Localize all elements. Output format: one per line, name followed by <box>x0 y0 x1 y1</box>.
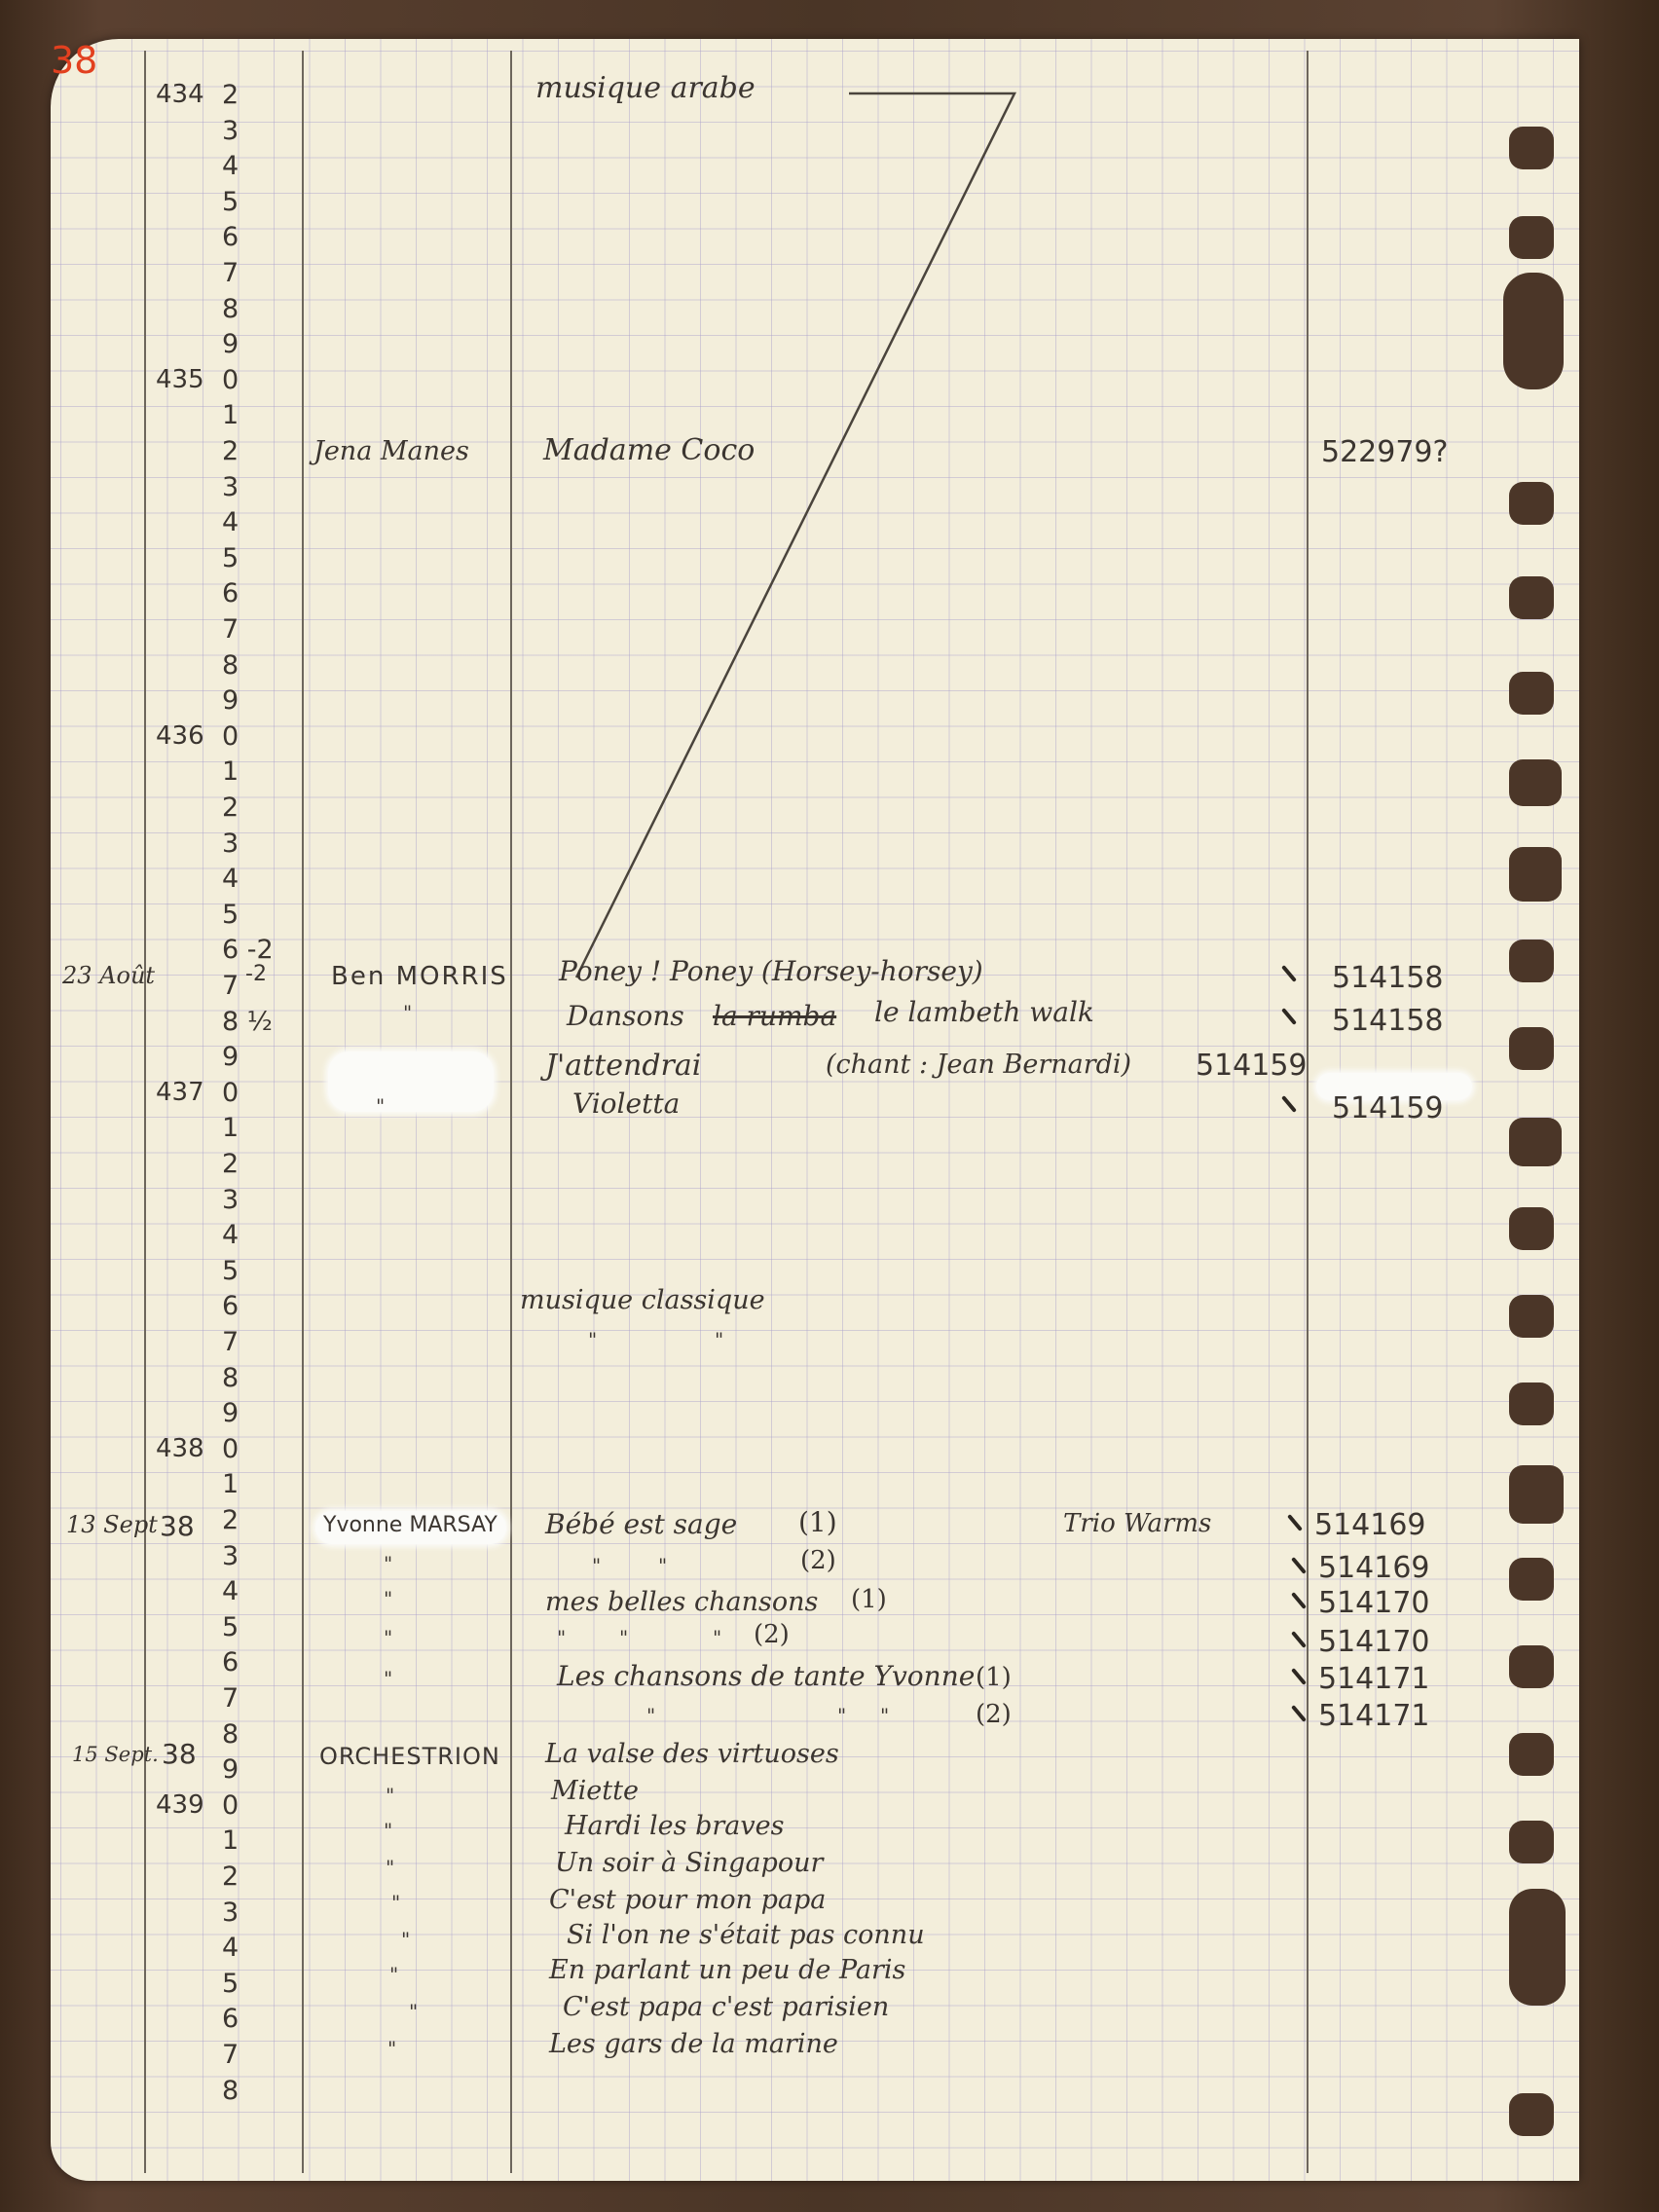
matrix-digit: 8 <box>222 296 239 322</box>
title-poney: Poney ! Poney (Horsey-horsey) <box>559 958 983 985</box>
matrix-digit: 2 <box>222 82 239 108</box>
matrix-digit: 5 <box>222 1614 239 1641</box>
title-valse-des-virtuoses: La valse des virtuoses <box>545 1741 839 1767</box>
matrix-digit: 5 <box>222 902 239 928</box>
matrix-digit: 6 -2 <box>222 937 274 963</box>
binder-hole-icon <box>1509 1118 1562 1166</box>
artist-ditto: " <box>409 2002 418 2021</box>
title-ditto: " <box>658 1556 667 1575</box>
catalogue-514159-inline: 514159 <box>1196 1051 1308 1081</box>
matrix-digit: 2 <box>222 1151 239 1177</box>
binder-hole-icon <box>1509 672 1554 715</box>
binder-hole-icon <box>1509 1645 1554 1688</box>
matrix-digit: 4 <box>222 509 239 535</box>
title-ditto: " <box>646 1706 655 1725</box>
catalogue-514158-a: 514158 <box>1332 964 1444 993</box>
part-2: (2) <box>800 1548 836 1573</box>
matrix-digit: 9 <box>222 1756 239 1783</box>
title-madame-coco: Madame Coco <box>543 436 755 465</box>
title-ditto: " <box>619 1628 628 1647</box>
part-1: (1) <box>851 1587 887 1612</box>
artist-jena-manes: Jena Manes <box>313 438 469 464</box>
part-2: (2) <box>754 1622 790 1647</box>
matrix-digit: 4 <box>222 866 239 892</box>
catalogue-514158-b: 514158 <box>1332 1007 1444 1036</box>
part-1: (1) <box>798 1509 837 1536</box>
matrix-digit: 0 <box>222 723 239 750</box>
matrix-digit: 7 <box>222 1685 239 1712</box>
check-mark-icon <box>1281 1095 1297 1113</box>
title-dansons: Dansons <box>567 1003 684 1030</box>
matrix-digit: 4 <box>222 1222 239 1248</box>
matrix-digit: 6 <box>222 1649 239 1676</box>
catalogue-514169-b: 514169 <box>1318 1554 1430 1583</box>
date-13-sept: 13 Sept <box>66 1513 158 1536</box>
matrix-digit: 8 <box>222 1721 239 1748</box>
title-un-soir-a-singapour: Un soir à Singapour <box>555 1850 823 1876</box>
matrix-digit: 3 <box>222 1899 239 1926</box>
binder-hole-icon <box>1509 847 1562 902</box>
matrix-digit: 1 <box>222 1471 239 1497</box>
artist-yvonne-marsay: Yvonne MARSAY <box>323 1515 498 1536</box>
catalogue-514170-b: 514170 <box>1318 1628 1430 1657</box>
ledger-sheet: 2434345678904351234567890436123456 -278 … <box>51 39 1579 2181</box>
catalogue-514171-b: 514171 <box>1318 1702 1430 1731</box>
catalogue-514159: 514159 <box>1332 1094 1444 1124</box>
matrix-digit: 4 <box>222 1578 239 1604</box>
artist-ditto: " <box>401 1930 410 1949</box>
check-mark-icon <box>1281 1008 1297 1025</box>
binder-hole-icon <box>1509 216 1554 259</box>
sub-number-dash2: -2 <box>245 964 267 985</box>
binder-hole-icon <box>1509 1295 1554 1338</box>
binder-hole-icon <box>1509 1821 1554 1863</box>
title-ditto: " <box>713 1628 721 1647</box>
title-si-lon-ne-setait: Si l'on ne s'était pas connu <box>567 1922 925 1948</box>
artist-ditto: " <box>387 2039 396 2058</box>
year-38-red: 38 <box>51 39 97 82</box>
matrix-digit: 9 <box>222 331 239 357</box>
title-en-parlant-de-paris: En parlant un peu de Paris <box>549 1957 905 1983</box>
matrix-digit: 0 <box>222 1436 239 1462</box>
title-ditto: " <box>715 1330 723 1349</box>
title-cest-pour-mon-papa: C'est pour mon papa <box>549 1887 826 1913</box>
date-15-sept: 15 Sept. <box>72 1745 159 1765</box>
artist-ditto: " <box>386 1786 394 1805</box>
binder-hole-icon <box>1509 1207 1554 1250</box>
binder-hole-icon <box>1509 2093 1554 2136</box>
matrix-digit: 6 <box>222 1293 239 1319</box>
year-38: 38 <box>162 1741 197 1768</box>
matrix-digit: 2 <box>222 794 239 821</box>
check-mark-icon <box>1291 1631 1307 1648</box>
column-rule-catalogue <box>1307 51 1309 2173</box>
note-chant-jean-bernardi: (chant : Jean Bernardi) <box>826 1051 1131 1078</box>
matrix-digit: 3 <box>222 118 239 144</box>
catalogue-514171-a: 514171 <box>1318 1665 1430 1694</box>
artist-ditto: " <box>403 1003 412 1022</box>
binder-hole-icon <box>1509 576 1554 619</box>
matrix-digit: 9 <box>222 1400 239 1426</box>
binder-hole-icon <box>1509 1733 1554 1776</box>
binder-hole-icon <box>1509 1382 1554 1425</box>
matrix-digit: 4 <box>222 1935 239 1961</box>
matrix-digit: 3 <box>222 830 239 857</box>
matrix-block-number: 436 <box>156 723 204 749</box>
matrix-digit: 1 <box>222 758 239 785</box>
year-38: 38 <box>160 1513 195 1540</box>
artist-orchestrion: ORCHESTRION <box>319 1745 500 1768</box>
binder-hole-icon <box>1503 273 1564 389</box>
title-musique-arabe: musique arabe <box>535 74 756 103</box>
matrix-digit: 0 <box>222 1080 239 1106</box>
matrix-block-number: 434 <box>156 82 204 107</box>
title-ditto: " <box>837 1706 846 1725</box>
matrix-digit: 1 <box>222 1827 239 1854</box>
title-musique-classique: musique classique <box>520 1287 765 1313</box>
catalogue-514169-a: 514169 <box>1314 1511 1426 1540</box>
matrix-block-number: 439 <box>156 1792 204 1818</box>
matrix-digit: 3 <box>222 1187 239 1213</box>
matrix-digit: 9 <box>222 1044 239 1070</box>
artist-ditto: " <box>389 1965 398 1984</box>
catalogue-522979: 522979? <box>1321 438 1448 467</box>
matrix-digit: 8 <box>222 2078 239 2104</box>
title-les-gars-de-la-marine: Les gars de la marine <box>549 2031 838 2057</box>
check-mark-icon <box>1291 1557 1307 1574</box>
matrix-digit: 6 <box>222 580 239 607</box>
column-rule-title <box>510 51 512 2173</box>
title-ditto: " <box>557 1628 566 1647</box>
artist-ditto: " <box>384 1628 392 1647</box>
binder-hole-icon <box>1509 1889 1566 2006</box>
matrix-digit: 7 <box>222 1329 239 1355</box>
artist-ditto: " <box>384 1669 392 1688</box>
title-ditto: " <box>880 1706 889 1725</box>
matrix-digit: 7 <box>222 260 239 286</box>
matrix-digit: 6 <box>222 2006 239 2032</box>
title-struck-la-rumba: la rumba <box>713 1003 836 1030</box>
check-mark-icon <box>1291 1592 1307 1609</box>
column-rule-artist <box>302 51 304 2173</box>
matrix-digit: 8 <box>222 652 239 679</box>
binder-hole-icon <box>1509 482 1554 525</box>
matrix-digit: 1 <box>222 402 239 428</box>
title-cest-papa-parisien: C'est papa c'est parisien <box>563 1994 889 2020</box>
matrix-digit: 7 <box>222 616 239 643</box>
binder-hole-icon <box>1509 1558 1554 1601</box>
performer-trio-warms: Trio Warms <box>1063 1511 1211 1536</box>
binder-holes <box>1509 78 1558 2181</box>
check-mark-icon <box>1281 965 1297 982</box>
matrix-digit: 2 <box>222 1863 239 1890</box>
matrix-digit: 5 <box>222 1258 239 1284</box>
matrix-digit: 8 <box>222 1365 239 1391</box>
title-lambeth-walk: le lambeth walk <box>874 999 1094 1026</box>
title-violetta: Violetta <box>572 1090 680 1118</box>
date-23-aout: 23 Août <box>62 964 155 987</box>
artist-ditto: " <box>386 1858 394 1877</box>
correction-fluid-patch <box>328 1051 494 1112</box>
matrix-block-number: 437 <box>156 1080 204 1105</box>
matrix-digit: 6 <box>222 224 239 250</box>
matrix-digit: 3 <box>222 474 239 500</box>
matrix-digit: 8 ½ <box>222 1009 273 1035</box>
artist-ditto: " <box>376 1096 385 1116</box>
matrix-digit: 7 <box>222 973 239 999</box>
part-2: (2) <box>976 1702 1012 1727</box>
matrix-digit: 2 <box>222 438 239 464</box>
catalogue-514170-a: 514170 <box>1318 1589 1430 1618</box>
matrix-digit: 5 <box>222 545 239 571</box>
matrix-digit: 2 <box>222 1507 239 1533</box>
matrix-digit: 4 <box>222 153 239 179</box>
matrix-digit: 3 <box>222 1543 239 1569</box>
matrix-digit: 0 <box>222 1792 239 1819</box>
artist-ditto: " <box>384 1554 392 1573</box>
title-ditto: " <box>592 1556 601 1575</box>
title-chansons-tante-yvonne: Les chansons de tante Yvonne <box>557 1663 975 1690</box>
binder-hole-icon <box>1509 759 1562 806</box>
matrix-digit: 9 <box>222 687 239 714</box>
matrix-block-number: 438 <box>156 1436 204 1461</box>
binder-hole-icon <box>1509 1027 1554 1070</box>
matrix-digit: 5 <box>222 189 239 215</box>
title-ditto: " <box>588 1330 597 1349</box>
binder-hole-icon <box>1509 1465 1564 1524</box>
check-mark-icon <box>1287 1514 1303 1531</box>
matrix-digit: 5 <box>222 1971 239 1997</box>
title-mes-belles-chansons: mes belles chansons <box>545 1589 818 1615</box>
matrix-digit: 7 <box>222 2042 239 2068</box>
title-bebe-est-sage: Bébé est sage <box>545 1511 737 1538</box>
artist-ditto: " <box>384 1821 392 1840</box>
column-rule-matrix <box>144 51 146 2173</box>
check-mark-icon <box>1291 1705 1307 1722</box>
artist-ben-morris: Ben MORRIS <box>331 964 508 989</box>
title-hardi-les-braves: Hardi les braves <box>565 1813 784 1839</box>
matrix-block-number: 435 <box>156 367 204 392</box>
part-1: (1) <box>976 1665 1012 1690</box>
title-miette: Miette <box>551 1778 639 1804</box>
binder-hole-icon <box>1509 940 1554 982</box>
matrix-digit: 0 <box>222 367 239 393</box>
matrix-digit: 1 <box>222 1115 239 1141</box>
binder-hole-icon <box>1509 127 1554 169</box>
artist-ditto: " <box>384 1589 392 1608</box>
check-mark-icon <box>1291 1668 1307 1685</box>
title-jattendrai: J'attendrai <box>545 1051 701 1081</box>
artist-ditto: " <box>391 1893 400 1912</box>
